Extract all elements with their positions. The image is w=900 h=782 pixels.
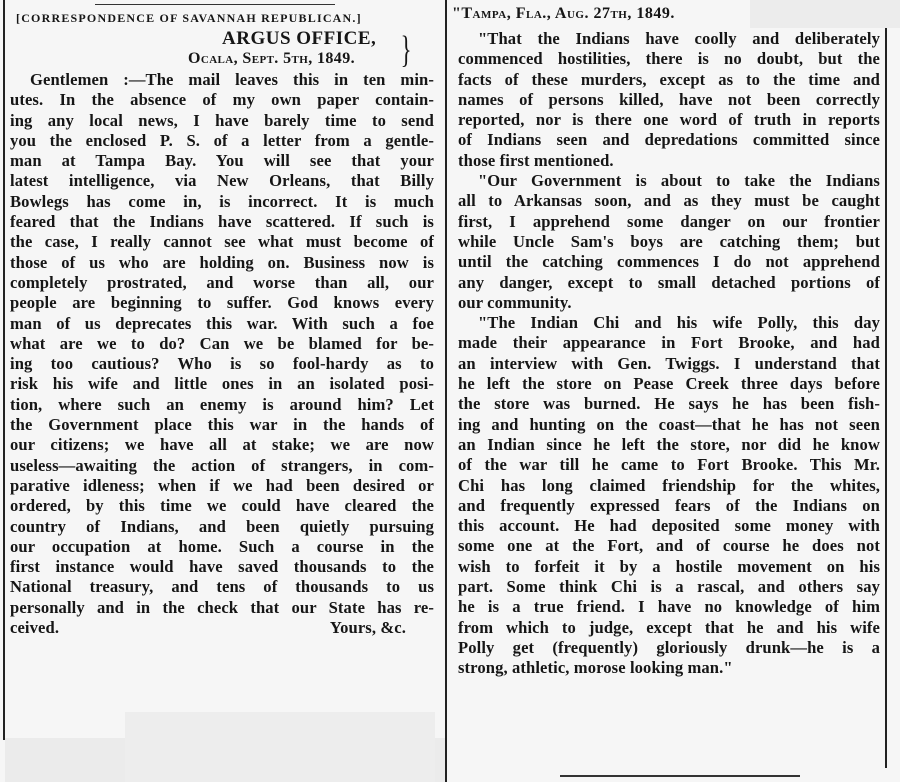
text-line: our occupation at home. Such a course in… [10, 537, 434, 557]
column-divider [445, 0, 447, 782]
text-line: he left the store on Pease Creek three d… [458, 374, 880, 394]
text-line: useless—awaiting the action of strangers… [10, 456, 434, 476]
text-line: those first mentioned. [458, 151, 880, 171]
office-dateline: Ocala, Sept. 5th, 1849. [188, 50, 355, 68]
text-line: commenced hostilities, there is no doubt… [458, 49, 880, 69]
text-line: reported, nor is there one word of truth… [458, 110, 880, 130]
text-line: tion, where such an enemy is around him?… [10, 395, 434, 415]
text-line: latest intelligence, via New Orleans, th… [10, 171, 434, 191]
text-line: made their appearance in Fort Brooke, an… [458, 333, 880, 353]
text-line: some one at the Fort, and of course he d… [458, 536, 880, 556]
text-line: "That the Indians have coolly and delibe… [458, 29, 880, 49]
brace-glyph: } [401, 30, 412, 70]
left-column-body: Gentlemen :—The mail leaves this in ten … [10, 70, 434, 638]
text-line: and frequently expressed fears of the In… [458, 496, 880, 516]
text-line: names of persons killed, have not been c… [458, 90, 880, 110]
text-line: man of us deprecates this war. With such… [10, 314, 434, 334]
text-line: ing any local news, I have barely time t… [10, 111, 434, 131]
text-line: ordered, by this time we could have clea… [10, 496, 434, 516]
text-line: Gentlemen :—The mail leaves this in ten … [10, 70, 434, 90]
text-line: until the catching commences I do not ap… [458, 252, 880, 272]
correspondence-header: [CORRESPONDENCE OF SAVANNAH REPUBLICAN.] [16, 11, 362, 26]
text-line: country of Indians, and been quietly pur… [10, 517, 434, 537]
text-line: you the enclosed P. S. of a letter from … [10, 131, 434, 151]
right-column-body: "That the Indians have coolly and delibe… [458, 29, 880, 679]
text-line: parative idleness; when if we had been d… [10, 476, 434, 496]
text-line: this account. He had deposited some mone… [458, 516, 880, 536]
left-border [3, 0, 5, 740]
letter-dateline: "Tampa, Fla., Aug. 27th, 1849. [452, 5, 675, 23]
text-line: he is a true friend. I have no knowledge… [458, 597, 880, 617]
text-line: what are we to do? Can we be blamed for … [10, 334, 434, 354]
text-line: first, I apprehend some danger on our fr… [458, 212, 880, 232]
text-line: all to Arkansas soon, and as they must b… [458, 191, 880, 211]
text-line: an interview with Gen. Twiggs. I underst… [458, 354, 880, 374]
blank-margin [750, 0, 900, 28]
text-line: people are beginning to suffer. God know… [10, 293, 434, 313]
bottom-rule [560, 775, 800, 777]
right-border [885, 28, 887, 768]
text-line: Chi has long claimed friendship for the … [458, 476, 880, 496]
text-line: the case, I really cannot see what must … [10, 232, 434, 252]
text-line: the store was burned. He says he has bee… [458, 394, 880, 414]
text-line: our citizens; we have all at stake; we a… [10, 435, 434, 455]
newspaper-clipping: [CORRESPONDENCE OF SAVANNAH REPUBLICAN.]… [0, 0, 900, 782]
blank-area [125, 712, 435, 782]
text-line: from which to judge, except that he and … [458, 618, 880, 638]
office-title: ARGUS OFFICE, [222, 28, 376, 50]
signoff: Yours, &c. [330, 618, 406, 638]
text-line: Bowlegs has come in, is incorrect. It is… [10, 192, 434, 212]
text-line: "Our Government is about to take the Ind… [458, 171, 880, 191]
text-line: of the war till he came to Fort Brooke. … [458, 455, 880, 475]
text-line: risk his wife and little ones in an isol… [10, 374, 434, 394]
text-line: the Government place this war in the han… [10, 415, 434, 435]
text-line: first instance would have saved thousand… [10, 557, 434, 577]
text-line: ing and hunting on the coast—that he has… [458, 415, 880, 435]
text-line: ing too cautious? Who is so fool-hardy a… [10, 354, 434, 374]
text-line: "The Indian Chi and his wife Polly, this… [458, 313, 880, 333]
top-rule [95, 4, 335, 5]
text-line: feared that the Indians have scattered. … [10, 212, 434, 232]
text-line: strong, athletic, morose looking man." [458, 658, 880, 678]
text-line: completely prostrated, and worse than al… [10, 273, 434, 293]
text-line: part. Some think Chi is a rascal, and ot… [458, 577, 880, 597]
text-line: Polly get (frequently) gloriously drunk—… [458, 638, 880, 658]
text-line: National treasury, and tens of thousands… [10, 577, 434, 597]
text-line: man at Tampa Bay. You will see that your [10, 151, 434, 171]
text-line: personally and in the check that our Sta… [10, 598, 434, 618]
text-line: any danger, except to small detached por… [458, 273, 880, 293]
text-line: utes. In the absence of my own paper con… [10, 90, 434, 110]
text-line: of Indians seen and depredations committ… [458, 130, 880, 150]
text-line: those of us who are holding on. Business… [10, 253, 434, 273]
text-line: our community. [458, 293, 880, 313]
text-line: while Uncle Sam's boys are catching them… [458, 232, 880, 252]
text-line: an Indian since he left the store, nor d… [458, 435, 880, 455]
text-line: wish to forfeit it by a hostile movement… [458, 557, 880, 577]
text-line: facts of these murders, except as to the… [458, 70, 880, 90]
